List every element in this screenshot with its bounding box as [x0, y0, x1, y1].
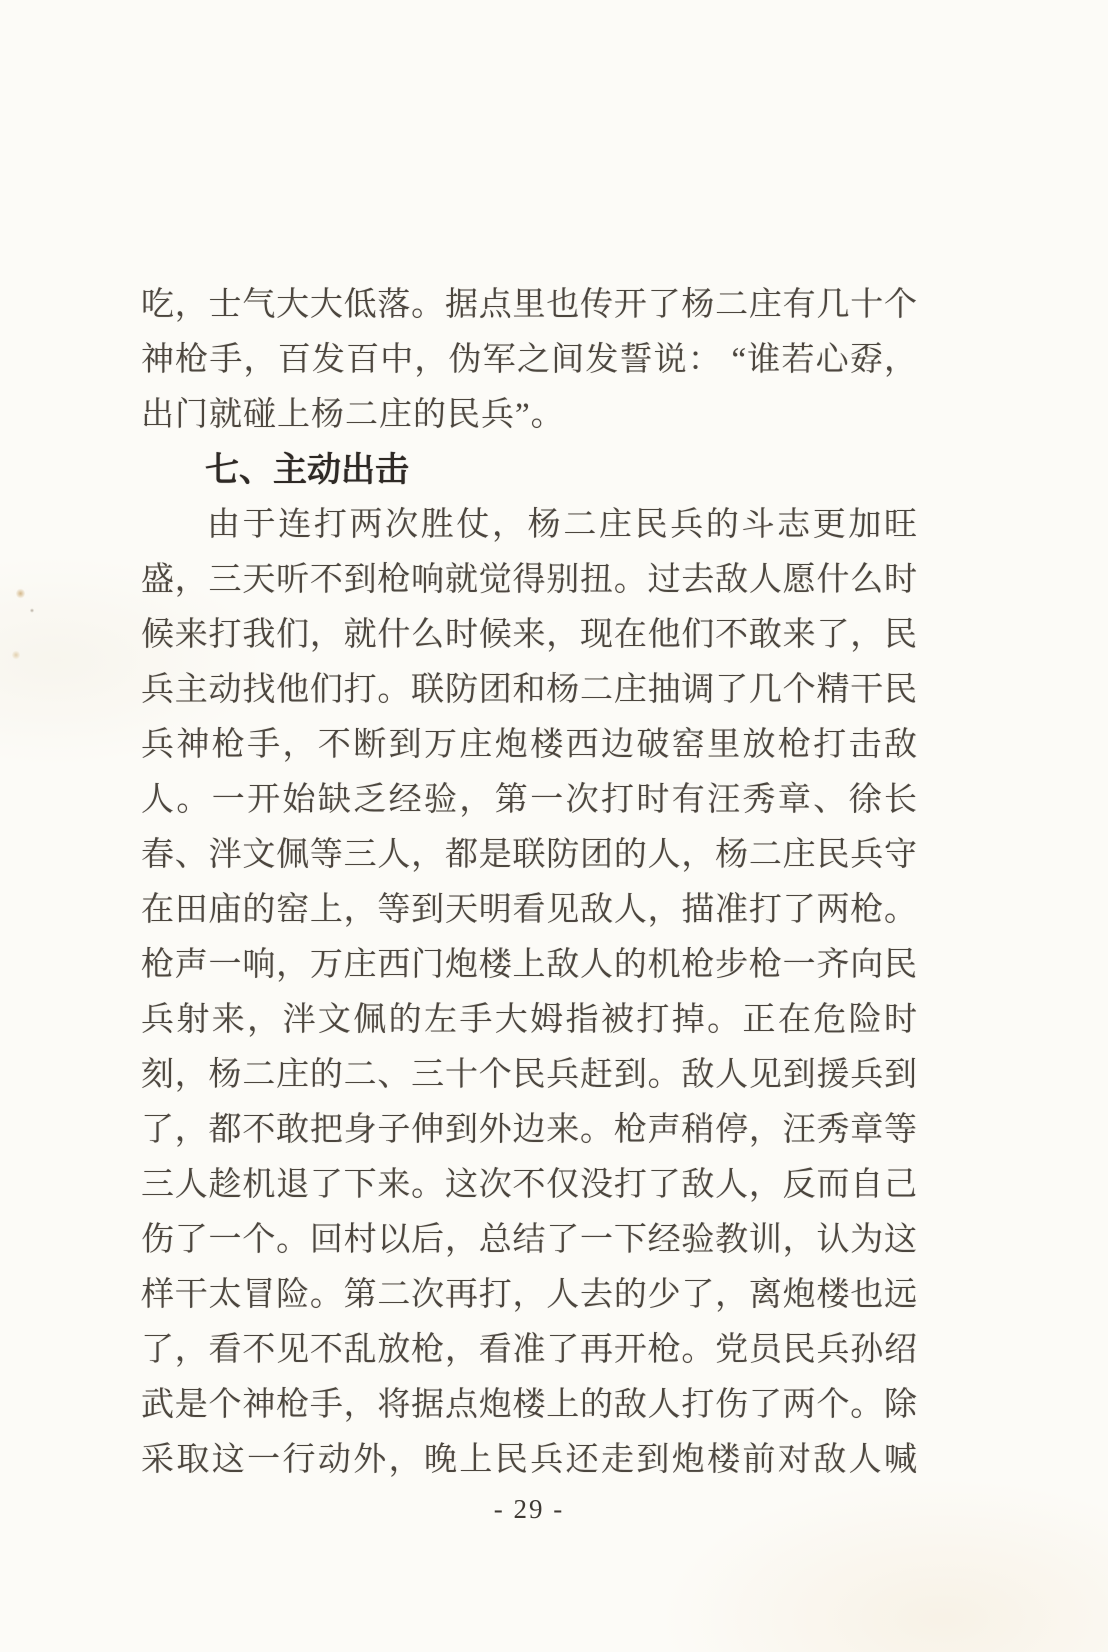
text-line: 由于连打两次胜仗，杨二庄民兵的斗志更加旺 — [141, 498, 917, 553]
scan-speck — [30, 608, 34, 613]
text-line: 了，看不见不乱放枪，看准了再开枪。党员民兵孙绍 — [141, 1323, 917, 1378]
text-line: 盛，三天听不到枪响就觉得别扭。过去敌人愿什么时 — [141, 553, 917, 608]
text-line: 春、泮文佩等三人，都是联防团的人，杨二庄民兵守 — [141, 828, 917, 883]
scanned-book-page: 吃，士气大大低落。据点里也传开了杨二庄有几十个神枪手，百发百中，伪军之间发誓说：… — [0, 0, 1108, 1652]
text-line: 兵射来，泮文佩的左手大姆指被打掉。正在危险时 — [141, 993, 917, 1048]
text-line: 武是个神枪手，将据点炮楼上的敌人打伤了两个。除 — [141, 1378, 917, 1433]
text-line: 兵神枪手，不断到万庄炮楼西边破窑里放枪打击敌 — [141, 718, 917, 773]
text-line: 采取这一行动外，晚上民兵还走到炮楼前对敌人喊 — [141, 1433, 917, 1488]
page-number: - 29 - — [141, 1494, 917, 1525]
scan-speck — [16, 588, 25, 599]
text-line: 兵主动找他们打。联防团和杨二庄抽调了几个精干民 — [141, 663, 917, 718]
text-line: 出门就碰上杨二庄的民兵”。 — [141, 388, 917, 443]
text-line: 伤了一个。回村以后，总结了一下经验教训，认为这 — [141, 1213, 917, 1268]
scan-speck — [12, 650, 20, 660]
text-line: 候来打我们，就什么时候来，现在他们不敢来了，民 — [141, 608, 917, 663]
text-line: 了，都不敢把身子伸到外边来。枪声稍停，汪秀章等 — [141, 1103, 917, 1158]
text-line: 枪声一响，万庄西门炮楼上敌人的机枪步枪一齐向民 — [141, 938, 917, 993]
text-line: 在田庙的窑上，等到天明看见敌人，描准打了两枪。 — [141, 883, 917, 938]
page-text-block: 吃，士气大大低落。据点里也传开了杨二庄有几十个神枪手，百发百中，伪军之间发誓说：… — [141, 278, 917, 1488]
text-line: 人。一开始缺乏经验，第一次打时有汪秀章、徐长 — [141, 773, 917, 828]
text-line: 刻，杨二庄的二、三十个民兵赶到。敌人见到援兵到 — [141, 1048, 917, 1103]
text-line: 三人趁机退了下来。这次不仅没打了敌人，反而自己 — [141, 1158, 917, 1213]
section-heading: 七、主动出击 — [141, 443, 917, 498]
text-line: 神枪手，百发百中，伪军之间发誓说： “谁若心孬， — [141, 333, 917, 388]
text-line: 样干太冒险。第二次再打，人去的少了，离炮楼也远 — [141, 1268, 917, 1323]
text-line: 吃，士气大大低落。据点里也传开了杨二庄有几十个 — [141, 278, 917, 333]
